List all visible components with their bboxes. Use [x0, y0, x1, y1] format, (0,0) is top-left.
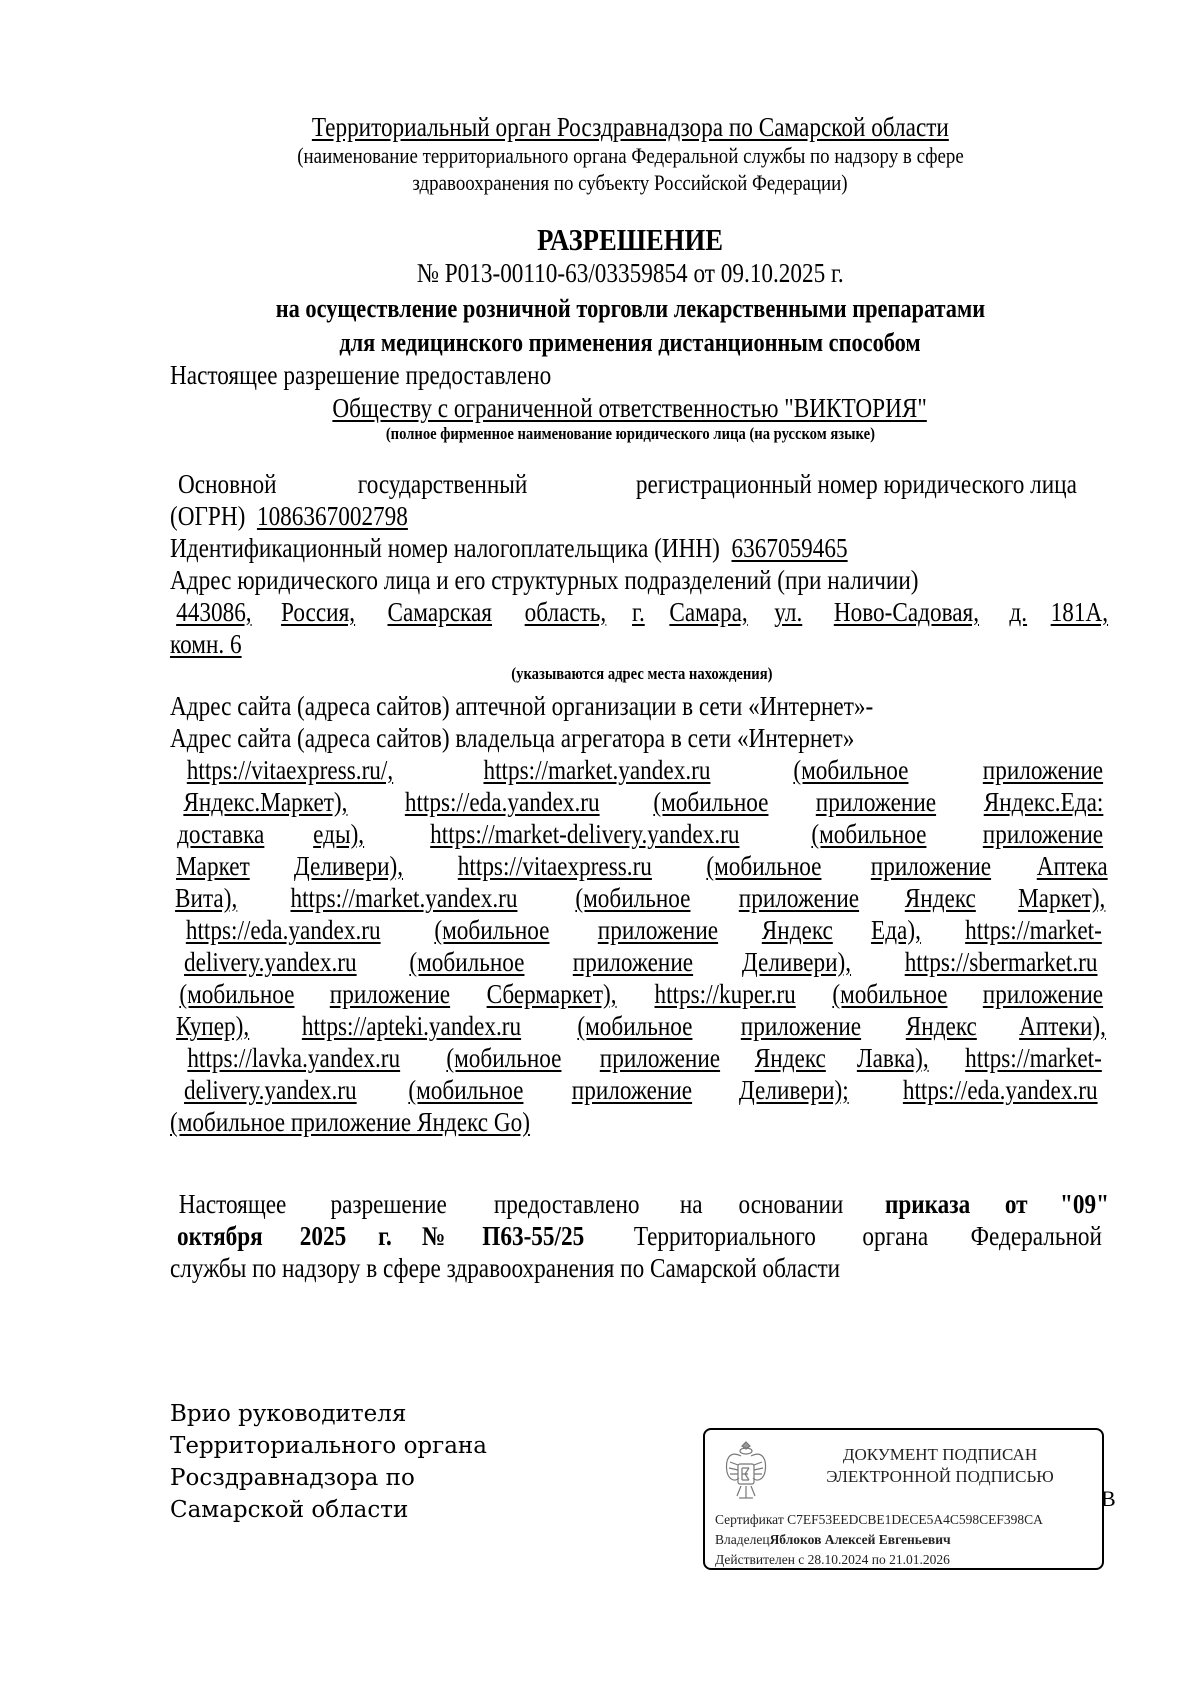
website-word: приложение: [816, 786, 936, 818]
basis-word: на: [680, 1188, 703, 1220]
ogrn-value: 1086367002798: [257, 501, 408, 531]
basis-word: Федеральной: [971, 1220, 1102, 1252]
certificate-value: C7EF53EEDCBE1DECE5A4C598CEF398CA: [787, 1512, 1043, 1527]
address-word: область,: [525, 596, 607, 628]
websites-list: https://vitaexpress.ru/,https://market.y…: [170, 754, 1113, 1106]
address-word: Ново-Садовая,: [834, 596, 979, 628]
grantee-name-text: Обществу с ограниченной ответственностью…: [333, 392, 927, 424]
grantee-name: Обществу с ограниченной ответственностью…: [170, 392, 1090, 424]
address-line-2: комн. 6: [170, 628, 1113, 660]
address-word: Самара,: [669, 596, 747, 628]
website-word: delivery.yandex.ru: [184, 946, 357, 978]
basis-line-3: службы по надзору в сфере здравоохранени…: [170, 1252, 1113, 1284]
basis-order-word: №: [422, 1220, 445, 1252]
stamp-heading-line-2: ЭЛЕКТРОННОЙ ПОДПИСЬЮ: [785, 1466, 1095, 1488]
website-word: приложение: [983, 818, 1103, 850]
website-word: Маркет: [176, 850, 250, 882]
website-word: https://vitaexpress.ru: [458, 850, 652, 882]
signer-position: Врио руководителя Территориального орган…: [170, 1398, 487, 1526]
pharmacy-site-label: Адрес сайта (адреса сайтов) аптечной орг…: [170, 690, 1113, 722]
address-caption: (указываются адрес места нахождения): [170, 664, 1113, 684]
website-word: приложение: [572, 1074, 692, 1106]
ogrn-label-word: регистрационный номер юридического лица: [636, 468, 1077, 500]
basis-order-word: "09": [1060, 1188, 1109, 1220]
website-word: https://market.yandex.ru: [484, 754, 711, 786]
website-word: приложение: [983, 978, 1103, 1010]
permit-number-text: № Р013-00110-63/03359854 от 09.10.2025 г…: [417, 258, 844, 288]
website-line: https://vitaexpress.ru/,https://market.y…: [170, 754, 1113, 786]
website-word: (мобильное: [446, 1042, 561, 1074]
permit-document: Территориальный орган Росздравнадзора по…: [0, 0, 1191, 1684]
issuing-authority-name: Территориальный орган Росздравнадзора по…: [170, 112, 1090, 142]
website-word: Лавка),: [857, 1042, 929, 1074]
website-word: (мобильное: [409, 1074, 524, 1106]
website-line: Купер),https://apteki.yandex.ru(мобильно…: [170, 1010, 1113, 1042]
website-word: приложение: [330, 978, 450, 1010]
basis-word: Территориального: [634, 1220, 816, 1252]
website-word: (мобильное: [578, 1010, 693, 1042]
websites-last-line-text: (мобильное приложение Яндекс Go): [170, 1106, 530, 1138]
grantee-name-caption: (полное фирменное наименование юридическ…: [170, 424, 1090, 444]
caption-line-1: (наименование территориального органа Фе…: [297, 142, 963, 169]
website-word: приложение: [597, 914, 717, 946]
website-word: Яндекс: [906, 1010, 977, 1042]
basis-order-word: октября: [177, 1220, 263, 1252]
address-label: Адрес юридического лица и его структурны…: [170, 564, 918, 596]
basis-word: органа: [863, 1220, 929, 1252]
address-caption-text: (указываются адрес места нахождения): [511, 664, 772, 684]
website-line: https://eda.yandex.ru(мобильноеприложени…: [170, 914, 1113, 946]
website-line: (мобильноеприложениеСбермаркет),https://…: [170, 978, 1113, 1010]
website-word: https://eda.yandex.ru: [902, 1074, 1097, 1106]
website-word: Деливери),: [741, 946, 850, 978]
websites-block: Адрес сайта (адреса сайтов) аптечной орг…: [170, 690, 1113, 1138]
website-word: доставка: [177, 818, 264, 850]
address-line-1: 443086,Россия,Самарскаяобласть,г.Самара,…: [170, 596, 1113, 628]
basis-word: предоставлено: [494, 1188, 640, 1220]
website-word: Яндекс.Маркет),: [183, 786, 347, 818]
basis-order-word: от: [1005, 1188, 1028, 1220]
website-word: (мобильное: [707, 850, 822, 882]
website-word: (мобильное: [833, 978, 948, 1010]
permit-number: № Р013-00110-63/03359854 от 09.10.2025 г…: [170, 258, 1090, 288]
address-word: 443086,: [176, 596, 251, 628]
address-word: г.: [632, 596, 645, 628]
website-word: https://sbermarket.ru: [904, 946, 1097, 978]
website-word: (мобильное: [794, 754, 909, 786]
stamp-heading: ДОКУМЕНТ ПОДПИСАН ЭЛЕКТРОННОЙ ПОДПИСЬЮ: [785, 1444, 1095, 1488]
basis-word: основании: [739, 1188, 844, 1220]
permit-subject-line-2: для медицинского применения дистанционны…: [339, 326, 920, 360]
russian-coat-of-arms-icon: [721, 1438, 771, 1506]
inn-line: Идентификационный номер налогоплательщик…: [170, 532, 1113, 564]
grantee-name-caption-text: (полное фирменное наименование юридическ…: [385, 424, 874, 444]
address-word: ул.: [774, 596, 802, 628]
address-word: 181А,: [1051, 596, 1108, 628]
ogrn-label-word: государственный: [358, 468, 527, 500]
issuing-authority-block: Территориальный орган Росздравнадзора по…: [170, 112, 1090, 196]
validity-line: Действителен с 28.10.2024 по 21.01.2026: [715, 1552, 950, 1568]
basis-line-2: октября2025г.№П63-55/25Территориальногоо…: [170, 1220, 1113, 1252]
website-line: Вита),https://market.yandex.ru(мобильное…: [170, 882, 1113, 914]
websites-last-line: (мобильное приложение Яндекс Go): [170, 1106, 1113, 1138]
signer-line: Росздравнадзора по: [170, 1462, 487, 1494]
website-word: https://eda.yandex.ru: [405, 786, 600, 818]
website-word: https://market-delivery.yandex.ru: [430, 818, 739, 850]
electronic-signature-stamp: ДОКУМЕНТ ПОДПИСАН ЭЛЕКТРОННОЙ ПОДПИСЬЮ С…: [703, 1428, 1104, 1570]
website-line: delivery.yandex.ru(мобильноеприложениеДе…: [170, 1074, 1113, 1106]
address-word: Самарская: [388, 596, 492, 628]
owner-value: Яблоков Алексей Евгеньевич: [770, 1532, 951, 1547]
permit-basis: Настоящееразрешениепредоставленонаоснова…: [170, 1188, 1113, 1284]
basis-line-1: Настоящееразрешениепредоставленонаоснова…: [170, 1188, 1113, 1220]
ogrn-line: (ОГРН) 1086367002798: [170, 500, 1113, 532]
website-word: https://vitaexpress.ru/,: [187, 754, 393, 786]
website-word: Купер),: [176, 1010, 249, 1042]
website-word: приложение: [983, 754, 1103, 786]
website-line: Яндекс.Маркет),https://eda.yandex.ru(моб…: [170, 786, 1113, 818]
granted-to-label-text: Настоящее разрешение предоставлено: [170, 359, 551, 391]
website-word: https://kuper.ru: [654, 978, 795, 1010]
website-word: Вита),: [175, 882, 237, 914]
website-word: https://market.yandex.ru: [291, 882, 518, 914]
website-word: Яндекс: [762, 914, 833, 946]
website-word: Маркет),: [1019, 882, 1106, 914]
website-line: доставкаеды),https://market-delivery.yan…: [170, 818, 1113, 850]
permit-subject-line-1: на осуществление розничной торговли лека…: [275, 292, 984, 326]
website-word: приложение: [739, 882, 859, 914]
caption-line-2: здравоохранения по субъекту Российской Ф…: [412, 169, 847, 196]
website-word: еды),: [313, 818, 364, 850]
owner-label: Владелец: [715, 1532, 770, 1547]
website-line: https://lavka.yandex.ru(мобильноеприложе…: [170, 1042, 1113, 1074]
address-line-2-text: комн. 6: [170, 628, 242, 660]
website-word: Яндекс: [905, 882, 976, 914]
ogrn-label-line: Основнойгосударственныйрегистрационный н…: [170, 468, 1113, 500]
permit-subject: на осуществление розничной торговли лека…: [170, 292, 1090, 360]
pharmacy-site-label-text: Адрес сайта (адреса сайтов) аптечной орг…: [170, 690, 873, 722]
address-word: Россия,: [281, 596, 355, 628]
website-word: (мобильное: [179, 978, 294, 1010]
website-word: приложение: [741, 1010, 861, 1042]
website-word: (мобильное: [575, 882, 690, 914]
website-word: Яндекс: [755, 1042, 826, 1074]
website-word: https://apteki.yandex.ru: [302, 1010, 521, 1042]
website-line: delivery.yandex.ru(мобильноеприложениеДе…: [170, 946, 1113, 978]
document-title-text: РАЗРЕШЕНИЕ: [537, 222, 723, 258]
basis-order-word: г.: [378, 1220, 392, 1252]
website-word: Аптека: [1036, 850, 1107, 882]
signer-line: Врио руководителя: [170, 1398, 487, 1430]
signer-line: Самарской области: [170, 1494, 487, 1526]
granted-to-label: Настоящее разрешение предоставлено: [170, 359, 613, 391]
website-word: (мобильное: [434, 914, 549, 946]
basis-line-3-text: службы по надзору в сфере здравоохранени…: [170, 1252, 840, 1284]
website-word: приложение: [573, 946, 693, 978]
website-word: Аптеки),: [1019, 1010, 1106, 1042]
owner-line: ВладелецЯблоков Алексей Евгеньевич: [715, 1532, 951, 1548]
address-word: д.: [1010, 596, 1028, 628]
document-title: РАЗРЕШЕНИЕ: [170, 222, 1090, 258]
basis-word: разрешение: [331, 1188, 447, 1220]
inn-value: 6367059465: [732, 533, 848, 563]
ogrn-label-word: Основной: [178, 468, 277, 500]
basis-word: Настоящее: [179, 1188, 287, 1220]
requisites-block: Основнойгосударственныйрегистрационный н…: [170, 468, 1113, 660]
issuing-authority-name-text: Территориальный орган Росздравнадзора по…: [312, 112, 949, 142]
stamp-heading-line-1: ДОКУМЕНТ ПОДПИСАН: [785, 1444, 1095, 1466]
website-line: МаркетДеливери),https://vitaexpress.ru(м…: [170, 850, 1113, 882]
website-word: Сбермаркет),: [486, 978, 616, 1010]
website-word: (мобильное: [653, 786, 768, 818]
basis-order-word: приказа: [885, 1188, 970, 1220]
website-word: https://market-: [965, 914, 1102, 946]
address-label-line: Адрес юридического лица и его структурны…: [170, 564, 1113, 596]
website-word: приложение: [871, 850, 991, 882]
website-word: https://market-: [965, 1042, 1102, 1074]
certificate-line: Сертификат C7EF53EEDCBE1DECE5A4C598CEF39…: [715, 1512, 1043, 1528]
aggregator-site-label-text: Адрес сайта (адреса сайтов) владельца аг…: [170, 722, 854, 754]
website-word: https://eda.yandex.ru: [186, 914, 381, 946]
website-word: (мобильное: [811, 818, 926, 850]
website-word: (мобильное: [409, 946, 524, 978]
website-word: Деливери);: [739, 1074, 849, 1106]
aggregator-site-label: Адрес сайта (адреса сайтов) владельца аг…: [170, 722, 1113, 754]
basis-order-word: П63-55/25: [482, 1220, 584, 1252]
website-word: приложение: [600, 1042, 720, 1074]
certificate-label: Сертификат: [715, 1512, 784, 1527]
basis-order-word: 2025: [300, 1220, 346, 1252]
website-word: Деливери),: [294, 850, 403, 882]
website-word: delivery.yandex.ru: [184, 1074, 357, 1106]
signer-line: Территориального органа: [170, 1430, 487, 1462]
issuing-authority-caption: (наименование территориального органа Фе…: [170, 142, 1090, 196]
website-word: Яндекс.Еда:: [984, 786, 1104, 818]
inn-label: Идентификационный номер налогоплательщик…: [170, 533, 720, 563]
website-word: https://lavka.yandex.ru: [187, 1042, 400, 1074]
website-word: Еда),: [871, 914, 921, 946]
ogrn-abbr: (ОГРН): [170, 501, 245, 531]
